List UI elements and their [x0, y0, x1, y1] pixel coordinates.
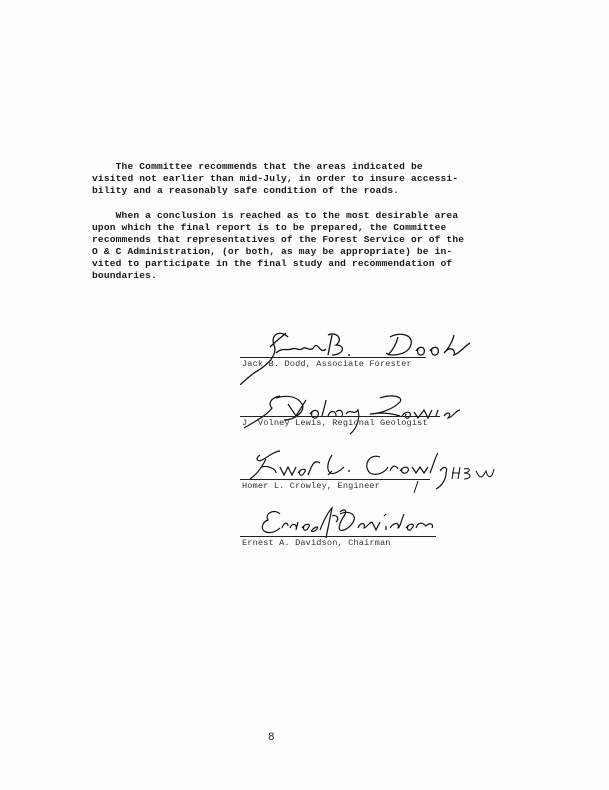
- signatory-name-title: Jack B. Dodd, Associate Forester: [242, 359, 412, 369]
- text-line: recommends that representatives of the F…: [92, 234, 464, 246]
- signatory-name-title: J. Volney Lewis, Regional Geologist: [242, 418, 428, 428]
- text-line: When a conclusion is reached as to the m…: [92, 210, 458, 222]
- signatory-name-title: Ernest A. Davidson, Chairman: [242, 538, 391, 548]
- signature-block-davidson: Ernest A. Davidson, Chairman: [240, 502, 500, 552]
- signature-block-lewis: J. Volney Lewis, Regional Geologist: [240, 390, 500, 440]
- text-line: visited not earlier than mid-July, in or…: [92, 173, 458, 185]
- text-line: O & C Administration, (or both, as may b…: [92, 246, 452, 258]
- handwritten-signature: [240, 325, 500, 385]
- signatory-name-title: Homer L. Crowley, Engineer: [242, 481, 380, 491]
- text-line: The Committee recommends that the areas …: [92, 161, 423, 173]
- signature-block-dodd: Jack B. Dodd, Associate Forester: [240, 325, 500, 385]
- page-number: 8: [268, 732, 275, 744]
- text-line: boundaries.: [92, 270, 157, 282]
- text-line: upon which the final report is to be pre…: [92, 222, 446, 234]
- document-page: The Committee recommends that the areas …: [0, 0, 609, 790]
- handwritten-signature: [240, 390, 500, 440]
- text-line: vited to participate in the final study …: [92, 258, 452, 270]
- text-line: bility and a reasonably safe condition o…: [92, 185, 399, 197]
- signature-block-crowley: Homer L. Crowley, Engineer: [240, 445, 500, 495]
